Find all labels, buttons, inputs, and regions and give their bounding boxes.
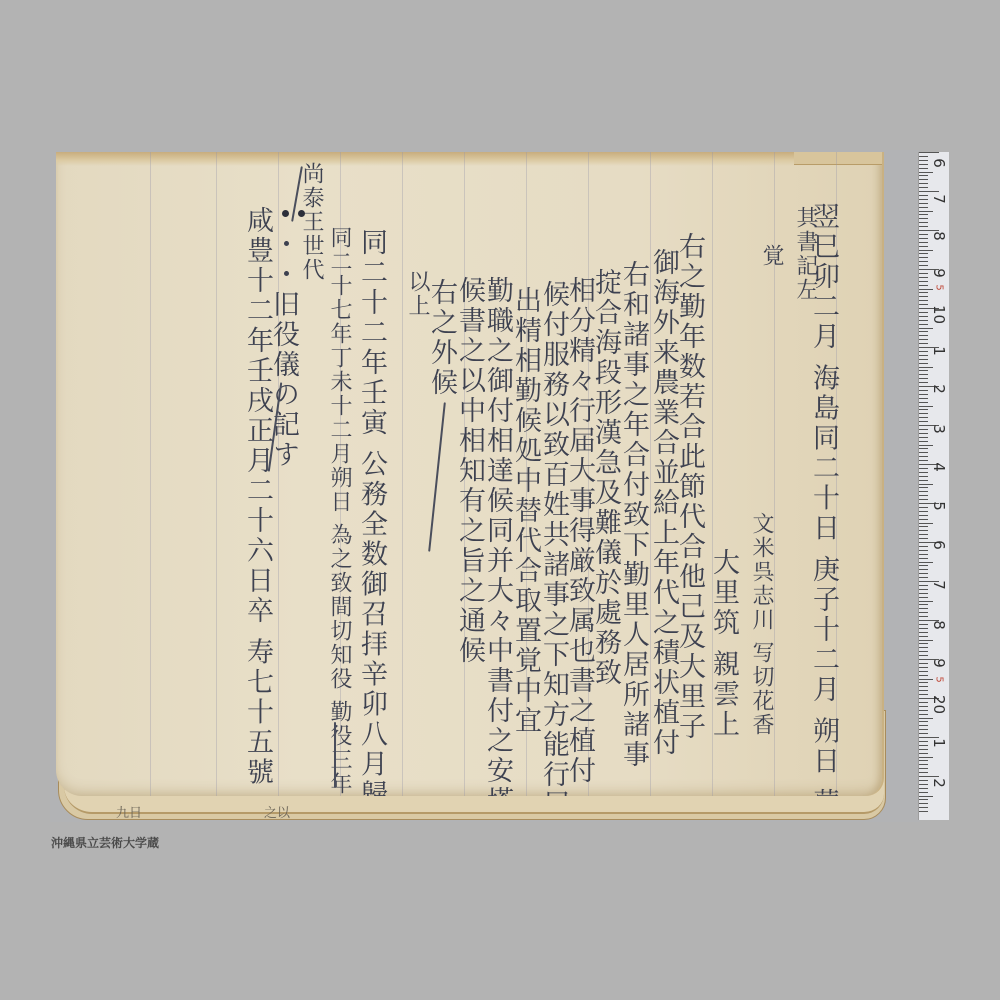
ruler-tick xyxy=(919,647,928,648)
ruler-tick xyxy=(919,261,928,262)
ruler-tick xyxy=(919,573,928,574)
ruler-label: 8 xyxy=(930,617,948,633)
ruler-tick xyxy=(919,417,928,418)
ruler-tick xyxy=(919,530,928,531)
notebook-page: 翌巳卯二月 海島同二十日 庚子十二月 朔日 蒙勤職 命 其書記左 覚 文米呉志川… xyxy=(56,152,884,796)
ruler-tick xyxy=(919,296,928,297)
ruler-tick xyxy=(919,484,933,485)
page-bottom-mark: 之以 xyxy=(264,802,290,821)
ruler-tick xyxy=(919,721,928,722)
ruler-tick xyxy=(919,253,928,254)
ruler-tick xyxy=(919,195,928,196)
ruler-tick xyxy=(919,238,928,239)
ruler-tick xyxy=(919,413,928,414)
ruler-tick xyxy=(919,421,928,422)
ruled-line xyxy=(402,152,403,796)
ruler-tick xyxy=(919,289,933,290)
ruler-tick xyxy=(919,714,928,715)
ruler-label: 8 xyxy=(930,228,948,244)
sender-line-2: 大里筑 親雲上 xyxy=(708,548,738,740)
ruler-tick xyxy=(919,628,928,629)
ruler-tick xyxy=(919,429,928,430)
ruler-tick xyxy=(919,394,928,395)
ruler-tick xyxy=(919,753,928,754)
ruler-tick xyxy=(919,480,928,481)
ruler-tick xyxy=(919,558,928,559)
ruler-tick xyxy=(919,409,928,410)
ruler-tick xyxy=(919,292,928,293)
ruler-tick xyxy=(919,702,928,703)
collection-credit-caption: 沖縄県立芸術大学蔵 xyxy=(51,834,159,851)
ruler-tick xyxy=(919,565,928,566)
ruler-label: 4 xyxy=(930,459,948,475)
ink-dot xyxy=(282,210,289,217)
ruler-tick xyxy=(919,234,928,235)
ruler-tick xyxy=(919,534,928,535)
ruler-tick xyxy=(919,796,933,797)
ruler-tick xyxy=(919,655,928,656)
ruler-tick xyxy=(919,374,928,375)
ruler-label: 20 xyxy=(930,695,948,711)
ruler-tick xyxy=(919,172,933,173)
ruler-tick xyxy=(919,160,928,161)
ruler-tick xyxy=(919,460,928,461)
ruler-tick xyxy=(919,257,928,258)
text-column-14: 以上 xyxy=(402,270,432,318)
ruler-tick xyxy=(919,811,928,812)
ruler-tick xyxy=(919,187,928,188)
ruler-tick xyxy=(919,265,928,266)
text-column-16: 同二十七年丁未十二月朔日 為之致間切知役 勤役三年 xyxy=(324,226,354,796)
ruler-tick xyxy=(919,402,928,403)
ruler-tick xyxy=(919,179,928,180)
ruler-tick xyxy=(919,491,928,492)
ruler-tick xyxy=(919,663,928,664)
ruler-tick xyxy=(919,441,928,442)
ruler-tick xyxy=(919,562,933,563)
ruler-tick xyxy=(919,749,928,750)
ruler-tick xyxy=(919,788,928,789)
ruler-label-accent: 5 xyxy=(934,280,945,296)
ruler-tick xyxy=(919,222,928,223)
ruler-tick xyxy=(919,433,928,434)
ruler-label: 6 xyxy=(930,537,948,553)
ruled-line xyxy=(150,152,151,796)
ruler-tick xyxy=(919,589,928,590)
ruler-tick xyxy=(919,511,928,512)
ruler-tick xyxy=(919,593,928,594)
ruler-tick xyxy=(919,312,928,313)
ruler-tick xyxy=(919,760,928,761)
ruler-tick xyxy=(919,632,928,633)
ink-tail-stroke xyxy=(334,722,336,788)
ruler-tick xyxy=(919,772,928,773)
ruler-tick xyxy=(919,546,928,547)
ruler-tick xyxy=(919,203,928,204)
ruler-tick xyxy=(919,733,928,734)
ruler-tick xyxy=(919,207,928,208)
ruler-tick xyxy=(919,175,928,176)
ruler-tick xyxy=(919,671,928,672)
ruler-tick xyxy=(919,242,928,243)
ruler-tick xyxy=(919,304,928,305)
ruler-tick xyxy=(919,784,928,785)
ruler-tick xyxy=(919,601,933,602)
ink-tail-stroke xyxy=(428,402,446,551)
ruler-tick xyxy=(919,277,928,278)
ruler-tick xyxy=(919,343,928,344)
text-column-3: 覚 xyxy=(756,244,786,268)
ruler-label: 5 xyxy=(930,498,948,514)
ruler-tick xyxy=(919,355,928,356)
ruler-tick xyxy=(919,152,939,153)
ruler-tick xyxy=(919,741,928,742)
ruler-tick xyxy=(919,519,928,520)
ruler-tick xyxy=(919,487,928,488)
ruler-tick xyxy=(919,335,928,336)
ink-dot xyxy=(298,210,305,217)
page-top-fold xyxy=(56,152,882,166)
ruler-tick xyxy=(919,577,928,578)
ruler-tick xyxy=(919,507,928,508)
ruler-tick xyxy=(919,515,928,516)
ruler-tick xyxy=(919,640,933,641)
ruler-tick xyxy=(919,398,928,399)
text-column-5: 御海外来農業合並給上年代之積状植付 xyxy=(648,248,678,758)
measurement-ruler: 6 7 8 9 5 10 1 2 3 4 5 6 7 8 9 5 20 1 2 xyxy=(918,152,949,820)
ruler-tick xyxy=(919,472,928,473)
ruler-tick xyxy=(919,406,933,407)
ruler-tick xyxy=(919,718,933,719)
ruler-tick xyxy=(919,328,933,329)
ruler-tick xyxy=(919,285,928,286)
text-column-19: 咸豊十二年壬戌正月二十六日卒 寿七十五號 寿岳 xyxy=(242,206,272,796)
ruler-label: 9 xyxy=(930,655,948,671)
text-column-12: 候書之以中相知有之旨之通候 xyxy=(454,276,484,666)
ruler-tick xyxy=(919,624,928,625)
ruler-tick xyxy=(919,281,928,282)
ruler-tick xyxy=(919,745,928,746)
ruler-tick xyxy=(919,807,928,808)
ruler-tick xyxy=(919,156,928,157)
ruler-tick xyxy=(919,569,928,570)
text-column-2: 其書記左 xyxy=(790,206,820,302)
ruler-tick xyxy=(919,211,933,212)
ruler-tick xyxy=(919,550,928,551)
ruler-tick xyxy=(919,300,928,301)
ruler-tick xyxy=(919,331,928,332)
ruler-tick xyxy=(919,686,928,687)
ruler-tick xyxy=(919,780,928,781)
ruler-tick xyxy=(919,792,928,793)
ruler-label-accent: 5 xyxy=(934,672,945,688)
ruler-tick xyxy=(919,495,928,496)
text-column-6: 右和諸事之年合付致下勤里人居所諸事 xyxy=(618,260,648,770)
ruler-tick xyxy=(919,378,928,379)
ruler-label: 7 xyxy=(930,577,948,593)
ruler-tick xyxy=(919,250,933,251)
ruler-tick xyxy=(919,554,928,555)
ruler-tick xyxy=(919,445,933,446)
ruler-tick xyxy=(919,499,928,500)
ruler-tick xyxy=(919,370,928,371)
ruler-tick xyxy=(919,803,928,804)
ruler-tick xyxy=(919,246,928,247)
ruler-tick xyxy=(919,382,928,383)
ruler-tick xyxy=(919,468,928,469)
ruler-tick xyxy=(919,183,928,184)
ruler-label: 7 xyxy=(930,191,948,207)
ruler-tick xyxy=(919,339,928,340)
ruler-label: 2 xyxy=(930,775,948,791)
ruler-tick xyxy=(919,448,928,449)
ruler-tick xyxy=(919,651,928,652)
ruler-tick xyxy=(919,729,928,730)
ruler-tick xyxy=(919,682,928,683)
ruler-tick xyxy=(919,476,928,477)
ruler-tick xyxy=(919,452,928,453)
ruler-tick xyxy=(919,523,933,524)
ruled-line xyxy=(216,152,217,796)
document-photo: 翌巳卯二月 海島同二十日 庚子十二月 朔日 蒙勤職 命 其書記左 覚 文米呉志川… xyxy=(50,150,920,822)
ruler-tick xyxy=(919,437,928,438)
ruler-tick xyxy=(919,367,933,368)
ruler-tick xyxy=(919,324,928,325)
text-column-17: 尚泰王世代 xyxy=(296,162,326,282)
ruler-tick xyxy=(919,604,928,605)
ruler-tick xyxy=(919,320,928,321)
page-corner-tab xyxy=(794,152,884,165)
ruler-tick xyxy=(919,273,928,274)
ruler-tick xyxy=(919,612,928,613)
ruler-tick xyxy=(919,214,928,215)
ruler-tick xyxy=(919,710,928,711)
ruler-label: 2 xyxy=(930,381,948,397)
ruler-tick xyxy=(919,616,928,617)
ruler-tick xyxy=(919,679,933,680)
ruler-tick xyxy=(919,390,928,391)
ruler-tick xyxy=(919,636,928,637)
ruler-tick xyxy=(919,694,928,695)
ruler-tick xyxy=(919,526,928,527)
ruler-tick xyxy=(919,351,928,352)
ruler-tick xyxy=(919,690,928,691)
ruler-tick xyxy=(919,164,928,165)
ruler-tick xyxy=(919,597,928,598)
ruler-tick xyxy=(919,168,928,169)
ruler-tick xyxy=(919,608,928,609)
ruler-label: 10 xyxy=(930,305,948,321)
ruler-tick xyxy=(919,757,933,758)
ruler-tick xyxy=(919,538,928,539)
text-column-15: 同二十二年壬寅 公務全数御召拝辛卯八月歸帆 xyxy=(356,228,386,796)
ruler-tick xyxy=(919,199,928,200)
ruler-label: 3 xyxy=(930,421,948,437)
ruler-label: 1 xyxy=(930,735,948,751)
ruler-tick xyxy=(919,675,928,676)
ruler-tick xyxy=(919,706,928,707)
text-column-9: 候付服務以致百姓共諸事之下知方能行届 xyxy=(538,280,568,796)
ruler-tick xyxy=(919,218,928,219)
sender-line-1: 文米呉志川 写切花香 xyxy=(746,512,776,737)
ruler-tick xyxy=(919,667,928,668)
text-column-10: 出精相勤候処中替代合取置覚中宜 xyxy=(510,286,540,736)
page-bottom-mark: 九日 xyxy=(116,802,142,821)
ruler-tick xyxy=(919,359,928,360)
ruler-tick xyxy=(919,363,928,364)
ruler-tick xyxy=(919,764,928,765)
ruler-tick xyxy=(919,799,928,800)
ruler-tick xyxy=(919,316,928,317)
ruler-tick xyxy=(919,643,928,644)
ruler-label: 6 xyxy=(930,155,948,171)
ruler-tick xyxy=(919,585,928,586)
ruler-tick xyxy=(919,226,928,227)
ruler-tick xyxy=(919,725,928,726)
ruler-tick xyxy=(919,768,928,769)
text-column-11: 勤職之御付相達候同并大々中書付之安塔地 xyxy=(482,276,512,796)
ruler-label: 1 xyxy=(930,343,948,359)
ruler-tick xyxy=(919,456,928,457)
